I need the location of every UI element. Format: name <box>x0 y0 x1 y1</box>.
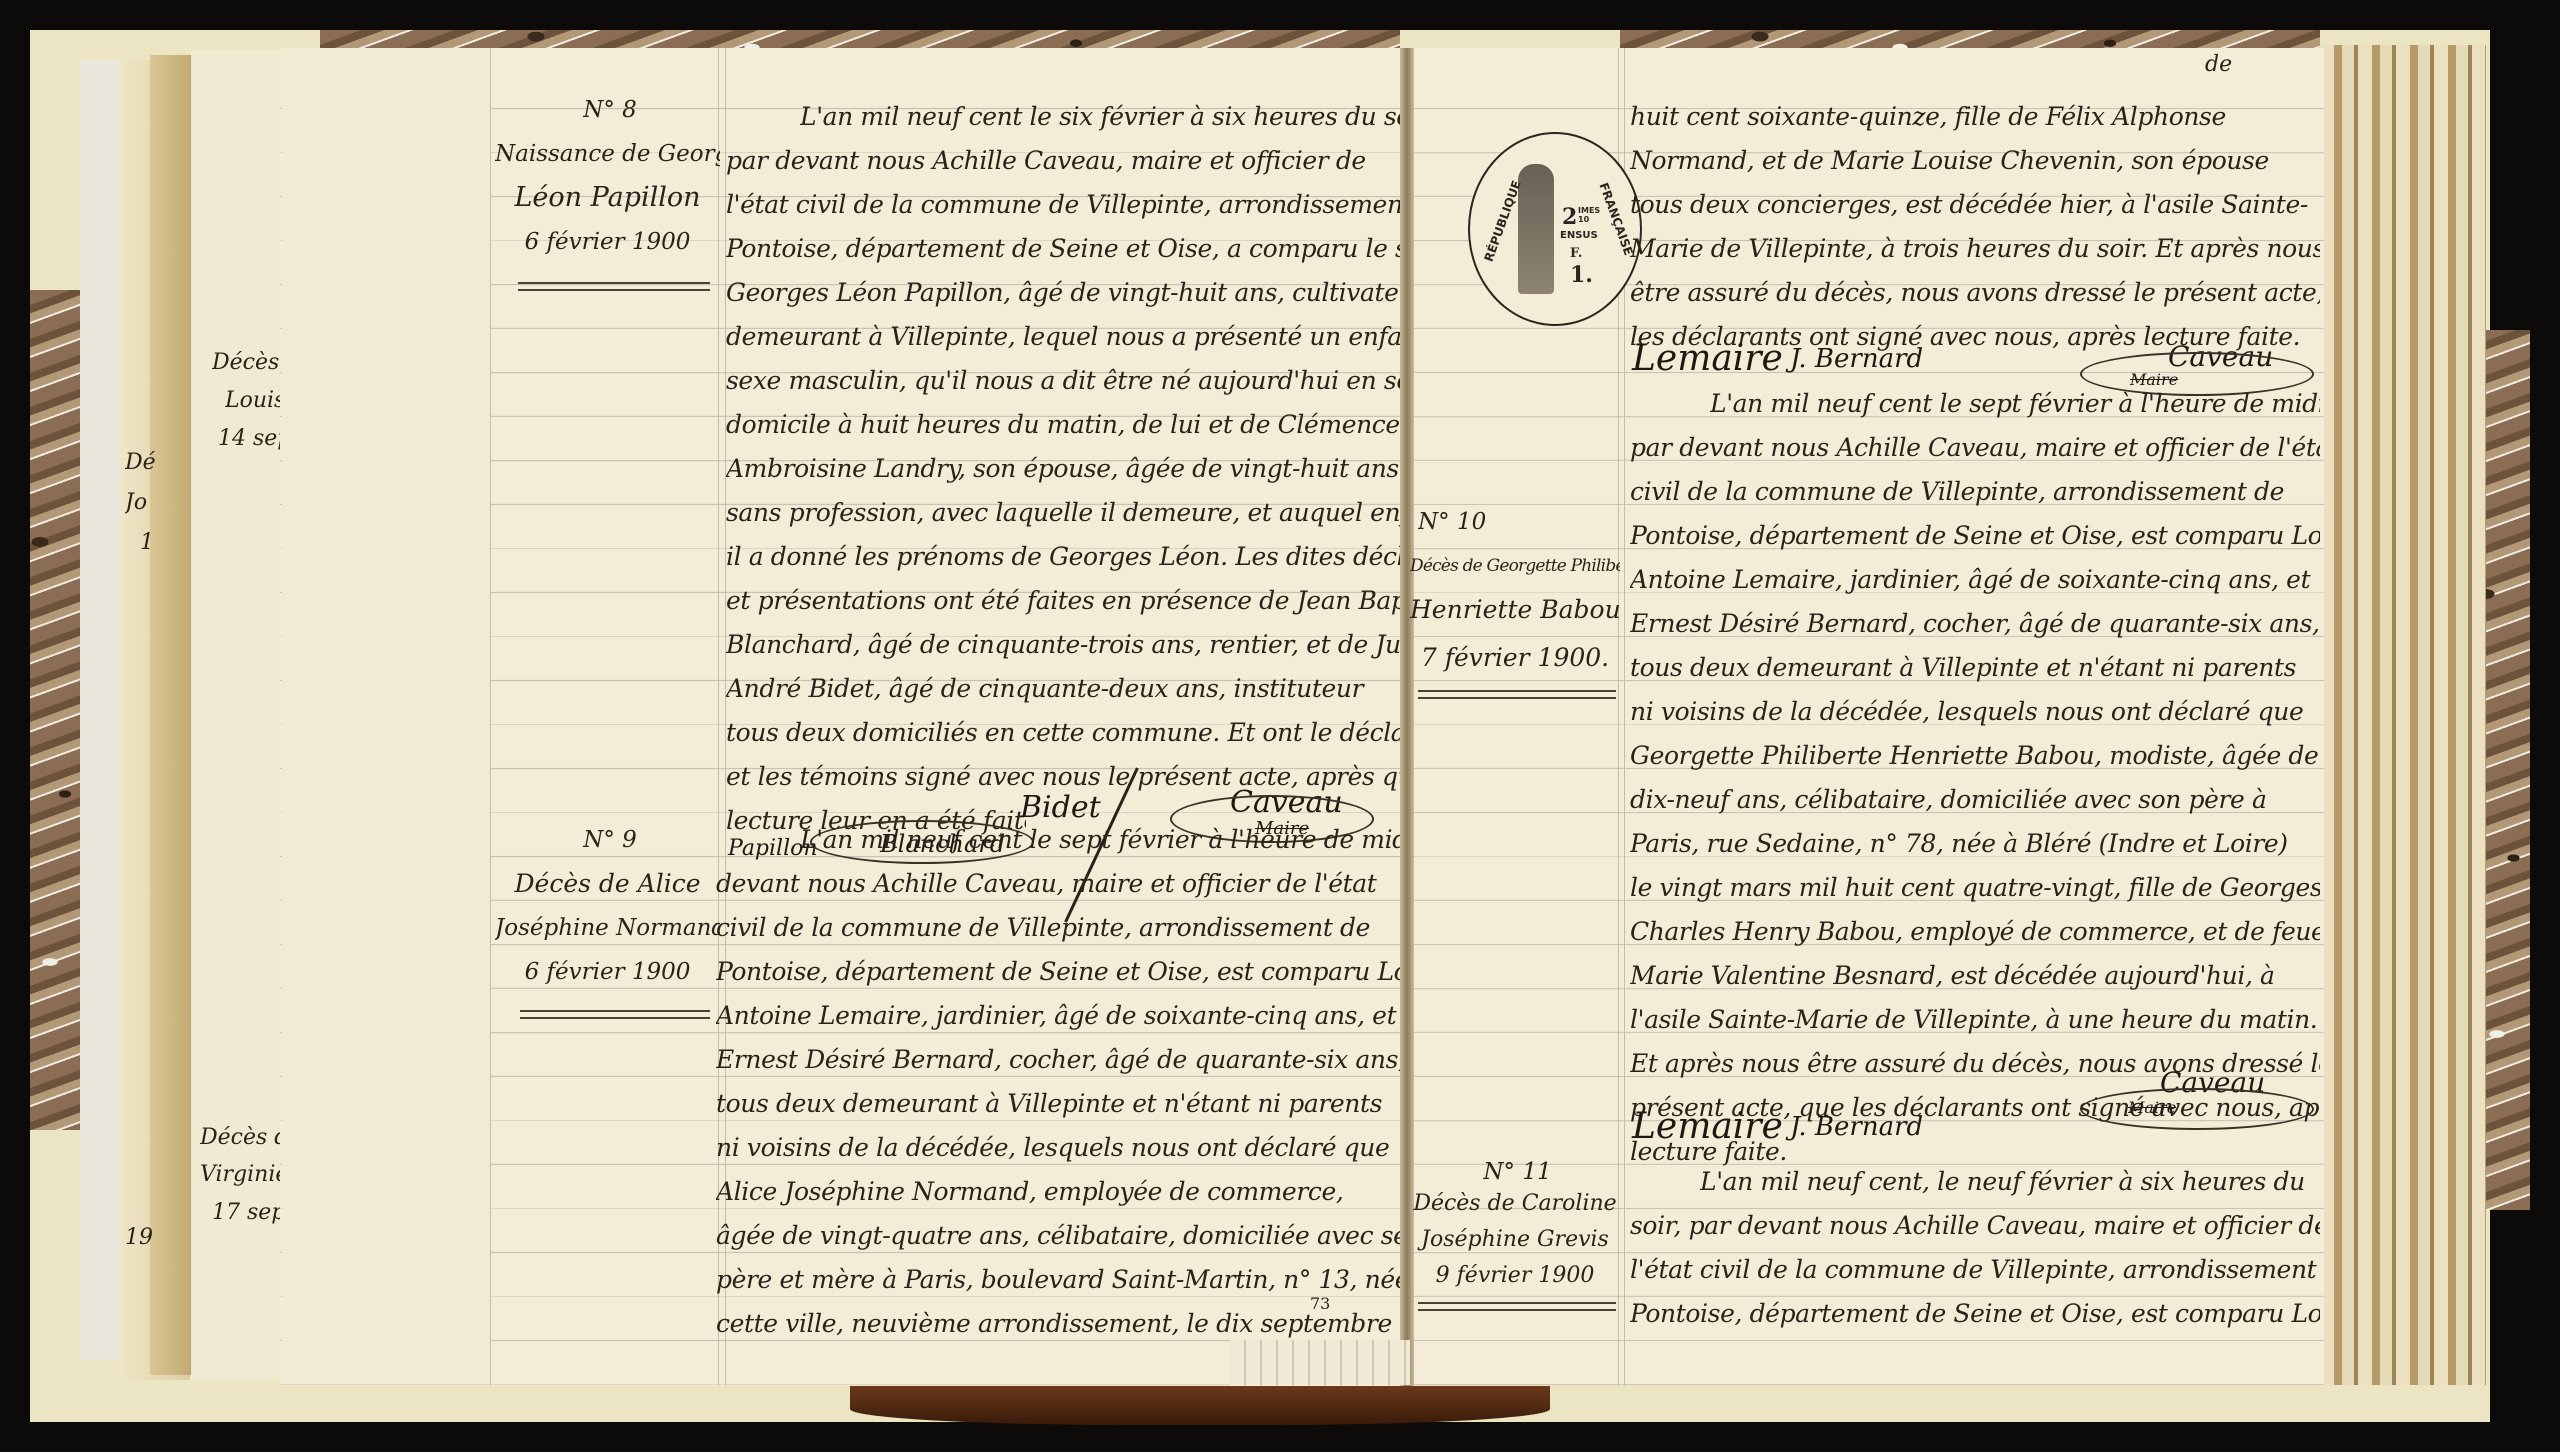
stamp-value-fraction: IMES 10 <box>1578 206 1598 224</box>
text-line: Paris, rue Sedaine, n° 78, née à Bléré (… <box>1630 822 2320 866</box>
signature-lemaire: Lemaire <box>1632 1106 1783 1147</box>
stamp-series: F. <box>1570 246 1582 261</box>
text-line: âgée de vingt-quatre ans, célibataire, d… <box>716 1214 1401 1258</box>
margin-note: Joséphine Normand <box>495 906 720 950</box>
text-line: huit cent soixante-quinze, fille de Féli… <box>1630 95 2320 139</box>
left-marbled-edge-side <box>30 290 80 1130</box>
underlying-fragment: 14 sep <box>218 426 283 451</box>
text-line: Blanchard, âgé de cinquante-trois ans, r… <box>726 623 1401 667</box>
underlying-fragment: Virginie <box>200 1162 280 1187</box>
entry-number: N° 10 <box>1418 500 1498 544</box>
right-underlying-leaves <box>2320 45 2486 1385</box>
text-line: ni voisins de la décédée, lesquels nous … <box>1630 690 2320 734</box>
left-page-blank-column <box>282 50 490 1384</box>
margin-note: 6 février 1900 <box>495 950 720 994</box>
text-line: et présentations ont été faites en prése… <box>726 579 1401 623</box>
entry-separator <box>1418 690 1616 699</box>
text-line: demeurant à Villepinte, lequel nous a pr… <box>726 315 1401 359</box>
text-line: être assuré du décès, nous avons dressé … <box>1630 271 2320 315</box>
text-line: Ernest Désiré Bernard, cocher, âgé de qu… <box>1630 602 2320 646</box>
text-line: Pontoise, département de Seine et Oise, … <box>726 227 1401 271</box>
text-line: Charles Henry Babou, employé de commerce… <box>1630 910 2320 954</box>
signature-caveau-oval <box>2080 1088 2314 1130</box>
text-line: tous deux demeurant à Villepinte et n'ét… <box>1630 646 2320 690</box>
text-line: tous deux domiciliés en cette commune. E… <box>726 711 1401 755</box>
page-edges-bottom <box>1230 1340 1410 1385</box>
text-line: Antoine Lemaire, jardinier, âgé de soixa… <box>716 994 1401 1038</box>
text-line: Marie Valentine Besnard, est décédée auj… <box>1630 954 2320 998</box>
text-line: civil de la commune de Villepinte, arron… <box>1630 470 2320 514</box>
text-line: Pontoise, département de Seine et Oise, … <box>716 950 1401 994</box>
stamp-label: ENSUS <box>1560 230 1598 241</box>
underlying-fragment: Décès <box>212 350 282 375</box>
text-line: le vingt mars mil huit cent quatre-vingt… <box>1630 866 2320 910</box>
text-line: Marie de Villepinte, à trois heures du s… <box>1630 227 2320 271</box>
text-line: sexe masculin, qu'il nous a dit être né … <box>726 359 1401 403</box>
text-line: L'an mil neuf cent le sept février à l'h… <box>1710 382 2320 426</box>
text-line: par devant nous Achille Caveau, maire et… <box>726 139 1401 183</box>
margin-note: 6 février 1900 <box>495 220 720 264</box>
margin-note: Henriette Babou <box>1410 588 1620 632</box>
signature-bernard: J. Bernard <box>1790 1112 1923 1142</box>
margin-note: 9 février 1900 <box>1410 1254 1620 1298</box>
text-line: civil de la commune de Villepinte, arron… <box>716 906 1401 950</box>
entry-separator <box>518 282 710 291</box>
margin-note: Décès de Alice <box>495 862 720 906</box>
stamp-figure-justice-icon <box>1518 164 1554 294</box>
signature-lemaire: Lemaire <box>1632 338 1783 379</box>
text-line: l'asile Sainte-Marie de Villepinte, à un… <box>1630 998 2320 1042</box>
text-line: L'an mil neuf cent le sept février à l'h… <box>800 818 1400 862</box>
entry-number: N° 9 <box>500 818 720 862</box>
left-underlying-leaf-4 <box>150 55 191 1375</box>
text-line: Alice Joséphine Normand, employée de com… <box>716 1170 1401 1214</box>
text-line: Normand, et de Marie Louise Chevenin, so… <box>1630 139 2320 183</box>
underlying-fragment: 17 sep <box>212 1200 282 1225</box>
left-page-blank-column-rule <box>490 48 491 1386</box>
fiscal-stamp: RÉPUBLIQUE FRANÇAISE 2 IMES 10 ENSUS F. … <box>1468 132 1642 326</box>
text-line: Ambroisine Landry, son épouse, âgée de v… <box>726 447 1401 491</box>
text-line: L'an mil neuf cent, le neuf février à si… <box>1700 1160 2320 1204</box>
text-line: sans profession, avec laquelle il demeur… <box>726 491 1401 535</box>
entry-number: N° 8 <box>500 88 720 132</box>
margin-note: Naissance de Georges <box>495 132 720 176</box>
entry-separator <box>1418 1302 1616 1311</box>
text-line: Ernest Désiré Bernard, cocher, âgé de qu… <box>716 1038 1401 1082</box>
text-line: Pontoise, département de Seine et Oise, … <box>1630 514 2320 558</box>
text-line: L'an mil neuf cent le six février à six … <box>800 95 1400 139</box>
text-line: soir, par devant nous Achille Caveau, ma… <box>1630 1204 2320 1248</box>
text-line: Antoine Lemaire, jardinier, âgé de soixa… <box>1630 558 2320 602</box>
text-line: Georges Léon Papillon, âgé de vingt-huit… <box>726 271 1401 315</box>
text-line: père et mère à Paris, boulevard Saint-Ma… <box>716 1258 1401 1302</box>
margin-note: Léon Papillon <box>495 176 720 220</box>
underlying-fragment: 1 <box>140 530 160 555</box>
signature-bernard: J. Bernard <box>1790 344 1923 374</box>
text-line: l'état civil de la commune de Villepinte… <box>726 183 1401 227</box>
margin-note: 7 février 1900. <box>1410 636 1620 680</box>
underlying-fragment: 19 <box>125 1225 155 1250</box>
underlying-fragment: Décès d <box>200 1125 280 1150</box>
text-line: devant nous Achille Caveau, maire et off… <box>716 862 1401 906</box>
underlying-fragment: Louis <box>225 388 285 413</box>
text-line: par devant nous Achille Caveau, maire et… <box>1630 426 2320 470</box>
page-number: 73 <box>1310 1294 1330 1313</box>
underlying-fragment: Jo <box>125 490 155 515</box>
entry-separator <box>520 1010 710 1019</box>
text-line: tous deux concierges, est décédée hier, … <box>1630 183 2320 227</box>
text-line: Pontoise, département de Seine et Oise, … <box>1630 1292 2320 1336</box>
text-line: tous deux demeurant à Villepinte et n'ét… <box>716 1082 1401 1126</box>
text-line: Georgette Philiberte Henriette Babou, mo… <box>1630 734 2320 778</box>
corner-mark: de <box>2205 52 2232 77</box>
text-line: domicile à huit heures du matin, de lui … <box>726 403 1401 447</box>
stamp-series-number: 1. <box>1570 262 1593 288</box>
spine-binding <box>850 1385 1550 1425</box>
text-line: ni voisins de la décédée, lesquels nous … <box>716 1126 1401 1170</box>
margin-note: Décès de Georgette Philiberte <box>1410 544 1620 588</box>
signature-maire: Maire <box>2128 1098 2176 1117</box>
text-line: dix-neuf ans, célibataire, domiciliée av… <box>1630 778 2320 822</box>
text-line: André Bidet, âgé de cinquante-deux ans, … <box>726 667 1401 711</box>
underlying-fragment: Dé <box>125 450 155 475</box>
text-line: il a donné les prénoms de Georges Léon. … <box>726 535 1401 579</box>
text-line: l'état civil de la commune de Villepinte… <box>1630 1248 2320 1292</box>
stamp-value: 2 <box>1562 204 1577 230</box>
